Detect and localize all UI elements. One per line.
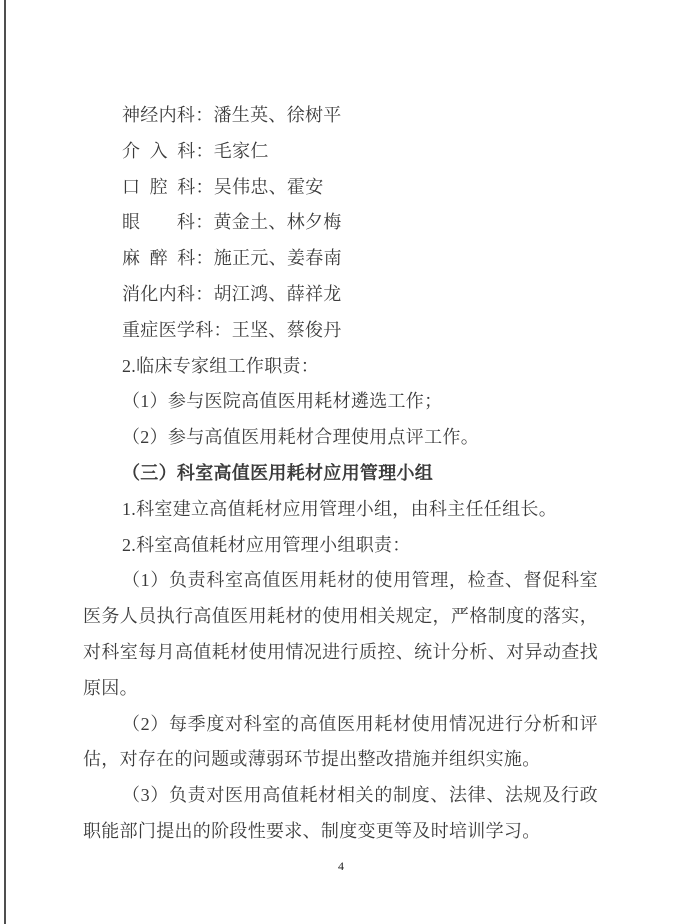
scan-edge-line (4, 0, 6, 924)
department-line: 介 入 科：毛家仁 (83, 134, 598, 170)
document-page: 神经内科：潘生英、徐树平 介 入 科：毛家仁 口 腔 科：吴伟忠、霍安 眼 科：… (0, 0, 682, 924)
department-line: 消化内科：胡江鸿、薛祥龙 (83, 277, 598, 313)
list-item-line: 2.科室高值耗材应用管理小组职责： (83, 528, 598, 564)
paragraph-line: （1）负责科室高值医用耗材的使用管理，检查、督促科室 (83, 563, 598, 599)
paragraph-line: 估，对存在的问题或薄弱环节提出整改措施并组织实施。 (83, 742, 598, 778)
department-line: 神经内科：潘生英、徐树平 (83, 98, 598, 134)
list-item-line: 1.科室建立高值耗材应用管理小组，由科主任任组长。 (83, 492, 598, 528)
section-heading: （三）科室高值医用耗材应用管理小组 (83, 456, 598, 492)
list-item-line: 2.临床专家组工作职责： (83, 349, 598, 385)
department-line: 麻 醉 科：施正元、姜春南 (83, 241, 598, 277)
paragraph-line: 原因。 (83, 671, 598, 707)
department-line: 口 腔 科：吴伟忠、霍安 (83, 170, 598, 206)
paragraph-line: 对科室每月高值耗材使用情况进行质控、统计分析、对异动查找 (83, 635, 598, 671)
document-content: 神经内科：潘生英、徐树平 介 入 科：毛家仁 口 腔 科：吴伟忠、霍安 眼 科：… (83, 98, 598, 850)
paragraph-line: 职能部门提出的阶段性要求、制度变更等及时培训学习。 (83, 814, 598, 850)
page-number: 4 (0, 859, 682, 874)
paragraph-line: （2）每季度对科室的高值医用耗材使用情况进行分析和评 (83, 707, 598, 743)
paragraph-line: 医务人员执行高值医用耗材的使用相关规定，严格制度的落实， (83, 599, 598, 635)
list-item-line: （1）参与医院高值医用耗材遴选工作； (83, 384, 598, 420)
list-item-line: （2）参与高值医用耗材合理使用点评工作。 (83, 420, 598, 456)
department-line: 眼 科：黄金土、林夕梅 (83, 205, 598, 241)
department-line: 重症医学科：王坚、蔡俊丹 (83, 313, 598, 349)
paragraph-line: （3）负责对医用高值耗材相关的制度、法律、法规及行政 (83, 778, 598, 814)
